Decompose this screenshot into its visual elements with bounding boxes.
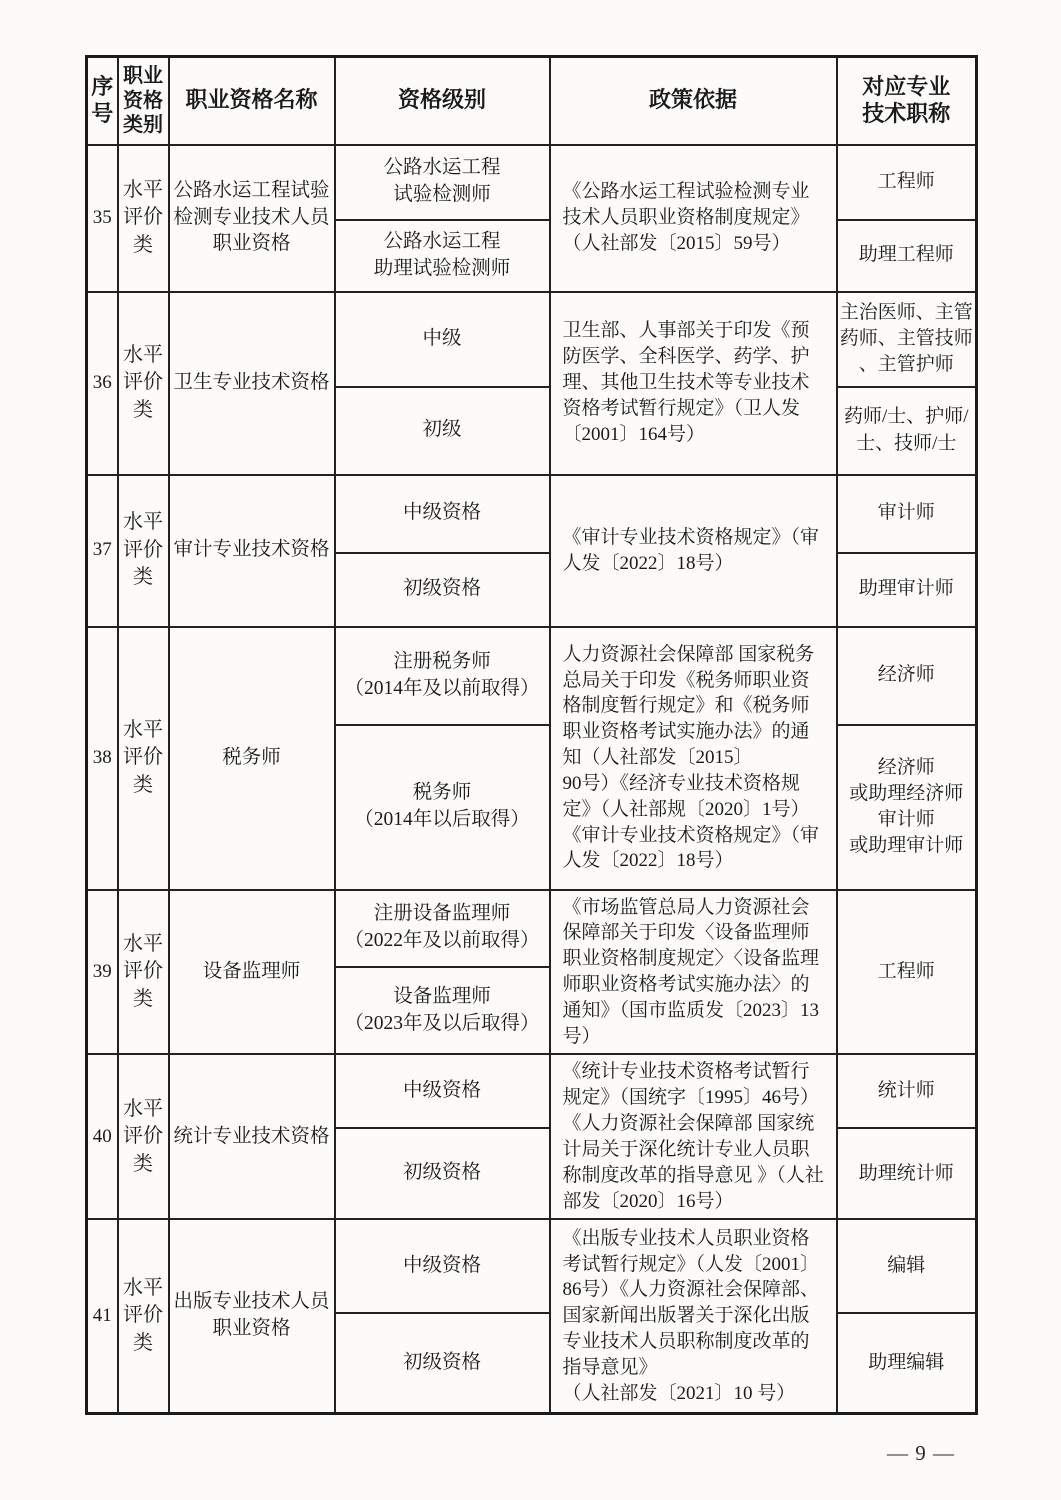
name-cell: 统计专业技术资格 (169, 1054, 335, 1219)
header-policy: 政策依据 (550, 57, 837, 145)
category-cell: 水平评价类 (118, 475, 169, 627)
table-row: 41 水平评价类 出版专业技术人员 职业资格 中级资格 《出版专业技术人员职业资… (87, 1219, 977, 1313)
seq-cell: 41 (87, 1219, 118, 1413)
header-title: 对应专业技术职称 (837, 57, 977, 145)
policy-cell: 《出版专业技术人员职业资格考试暂行规定》（人发〔2001〕86号）《人力资源社会… (550, 1219, 837, 1413)
category-cell: 水平评价类 (118, 890, 169, 1055)
level-cell: 初级资格 (335, 1313, 550, 1413)
category-cell: 水平评价类 (118, 292, 169, 475)
category-cell: 水平评价类 (118, 145, 169, 292)
level-cell: 初级资格 (335, 1128, 550, 1219)
title-cell: 经济师 (837, 627, 977, 725)
category-cell: 水平评价类 (118, 627, 169, 890)
table-row: 35 水平评价类 公路水运工程试验检测专业技术人员职业资格 公路水运工程 试验检… (87, 145, 977, 220)
header-seq: 序号 (87, 57, 118, 145)
level-cell: 税务师 （2014年以后取得） (335, 725, 550, 890)
level-cell: 注册税务师 （2014年及以前取得） (335, 627, 550, 725)
policy-cell: 《公路水运工程试验检测专业技术人员职业资格制度规定》（人社部发〔2015〕59号… (550, 145, 837, 292)
table-header-row: 序号 职业资格类别 职业资格名称 资格级别 政策依据 对应专业技术职称 (87, 57, 977, 145)
title-cell: 统计师 (837, 1054, 977, 1128)
level-cell: 设备监理师 （2023年及以后取得） (335, 967, 550, 1055)
level-cell: 注册设备监理师 （2022年及以前取得） (335, 890, 550, 967)
table-row: 39 水平评价类 设备监理师 注册设备监理师 （2022年及以前取得） 《市场监… (87, 890, 977, 967)
policy-cell: 人力资源社会保障部 国家税务总局关于印发《税务师职业资格制度暂行规定》和《税务师… (550, 627, 837, 890)
seq-cell: 38 (87, 627, 118, 890)
title-cell: 工程师 (837, 145, 977, 220)
title-cell: 助理审计师 (837, 553, 977, 627)
header-level: 资格级别 (335, 57, 550, 145)
category-cell: 水平评价类 (118, 1219, 169, 1413)
level-cell: 初级资格 (335, 553, 550, 627)
title-cell: 工程师 (837, 890, 977, 1055)
table-row: 36 水平评价类 卫生专业技术资格 中级 卫生部、人事部关于印发《预防医学、全科… (87, 292, 977, 387)
level-cell: 初级 (335, 387, 550, 475)
name-cell: 审计专业技术资格 (169, 475, 335, 627)
level-cell: 中级 (335, 292, 550, 387)
policy-cell: 《审计专业技术资格规定》（审人发〔2022〕18号） (550, 475, 837, 627)
seq-cell: 39 (87, 890, 118, 1055)
seq-cell: 36 (87, 292, 118, 475)
level-cell: 中级资格 (335, 1219, 550, 1313)
title-cell: 主治医师、主管 药师、主管技师 、主管护师 (837, 292, 977, 387)
policy-cell: 《市场监管总局人力资源社会保障部关于印发〈设备监理师职业资格制度规定〉〈设备监理… (550, 890, 837, 1055)
table-row: 40 水平评价类 统计专业技术资格 中级资格 《统计专业技术资格考试暂行规定》（… (87, 1054, 977, 1128)
name-cell: 出版专业技术人员 职业资格 (169, 1219, 335, 1413)
title-cell: 药师/士、护师/ 士、技师/士 (837, 387, 977, 475)
name-cell: 卫生专业技术资格 (169, 292, 335, 475)
title-cell: 助理统计师 (837, 1128, 977, 1219)
title-cell: 编辑 (837, 1219, 977, 1313)
title-cell: 经济师 或助理经济师 审计师 或助理审计师 (837, 725, 977, 890)
qualification-table: 序号 职业资格类别 职业资格名称 资格级别 政策依据 对应专业技术职称 35 水… (85, 55, 978, 1415)
title-cell: 助理工程师 (837, 220, 977, 292)
level-cell: 中级资格 (335, 475, 550, 553)
page-number: — 9 — (878, 1441, 964, 1466)
table-row: 38 水平评价类 税务师 注册税务师 （2014年及以前取得） 人力资源社会保障… (87, 627, 977, 725)
level-cell: 公路水运工程 助理试验检测师 (335, 220, 550, 292)
document-page: 序号 职业资格类别 职业资格名称 资格级别 政策依据 对应专业技术职称 35 水… (0, 0, 1061, 1500)
header-category: 职业资格类别 (118, 57, 169, 145)
title-cell: 助理编辑 (837, 1313, 977, 1413)
seq-cell: 35 (87, 145, 118, 292)
name-cell: 公路水运工程试验检测专业技术人员职业资格 (169, 145, 335, 292)
policy-cell: 卫生部、人事部关于印发《预防医学、全科医学、药学、护理、其他卫生技术等专业技术资… (550, 292, 837, 475)
table-row: 37 水平评价类 审计专业技术资格 中级资格 《审计专业技术资格规定》（审人发〔… (87, 475, 977, 553)
seq-cell: 37 (87, 475, 118, 627)
level-cell: 公路水运工程 试验检测师 (335, 145, 550, 220)
level-cell: 中级资格 (335, 1054, 550, 1128)
title-cell: 审计师 (837, 475, 977, 553)
policy-cell: 《统计专业技术资格考试暂行规定》（国统字〔1995〕46号）《人力资源社会保障部… (550, 1054, 837, 1219)
name-cell: 设备监理师 (169, 890, 335, 1055)
header-name: 职业资格名称 (169, 57, 335, 145)
seq-cell: 40 (87, 1054, 118, 1219)
category-cell: 水平评价类 (118, 1054, 169, 1219)
name-cell: 税务师 (169, 627, 335, 890)
